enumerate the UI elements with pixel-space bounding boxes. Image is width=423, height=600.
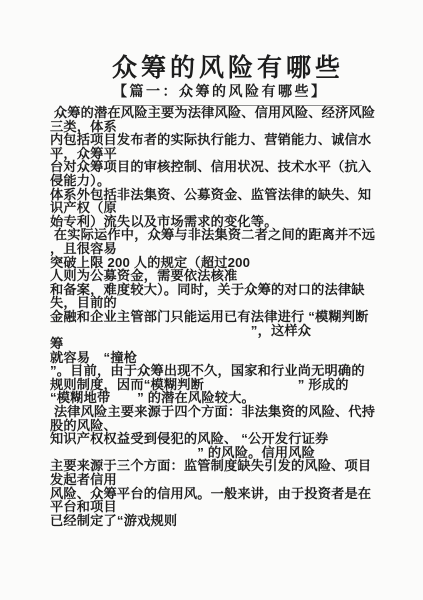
text-line: 平台和项目 — [50, 500, 380, 514]
text-line: ，且很容易 — [50, 242, 380, 256]
text-line: 已经制定了“游戏规则 — [50, 514, 380, 528]
document-page: 众筹的风险有哪些 【篇一：众筹的风险有哪些】 众筹的潜在风险主要为法律风险、信用… — [0, 0, 423, 600]
text-line: 识产权（原 — [50, 201, 380, 215]
text-line: ”，这样众 — [50, 324, 380, 338]
section-heading: 【篇一：众筹的风险有哪些】 — [113, 81, 362, 106]
document-body: 众筹的潜在风险主要为法律风险、信用风险、经济风险三类，体系内包括项目发布者的实际… — [50, 106, 380, 527]
text-line: ”。目前，由于众筹出现不久，国家和行业尚无明确的 — [50, 364, 380, 378]
text-line: 筹 — [50, 337, 380, 351]
text-line: 众筹的潜在风险主要为法律风险、信用风险、经济风险 — [50, 106, 380, 120]
text-line: 主要来源于三个方面：监管制度缺失引发的风险、项目 — [50, 459, 380, 473]
text-line: 内包括项目发布者的实际执行能力、营销能力、诚信水 — [50, 133, 380, 147]
text-line: 发起者信用 — [50, 473, 380, 487]
text-line: 失，目前的 — [50, 296, 380, 310]
text-line: 台对众筹项目的审核控制、信用状况、技术水平（抗入 — [50, 160, 380, 174]
text-line: 侵能力）。 — [50, 174, 380, 188]
document-title: 众筹的风险有哪些 — [112, 48, 344, 84]
text-line: 法律风险主要来源于四个方面：非法集资的风险、代持 — [50, 405, 380, 419]
text-line: 在实际运作中，众筹与非法集资二者之间的距离并不远 — [50, 228, 380, 242]
text-line: 金融和企业主管部门只能运用已有法律进行 “模糊判断 — [50, 310, 380, 324]
text-line: 知识产权权益受到侵犯的风险、 “公开发行证券 — [50, 432, 380, 446]
text-line: 人则为公募资金，需要依法核准 — [50, 269, 380, 283]
